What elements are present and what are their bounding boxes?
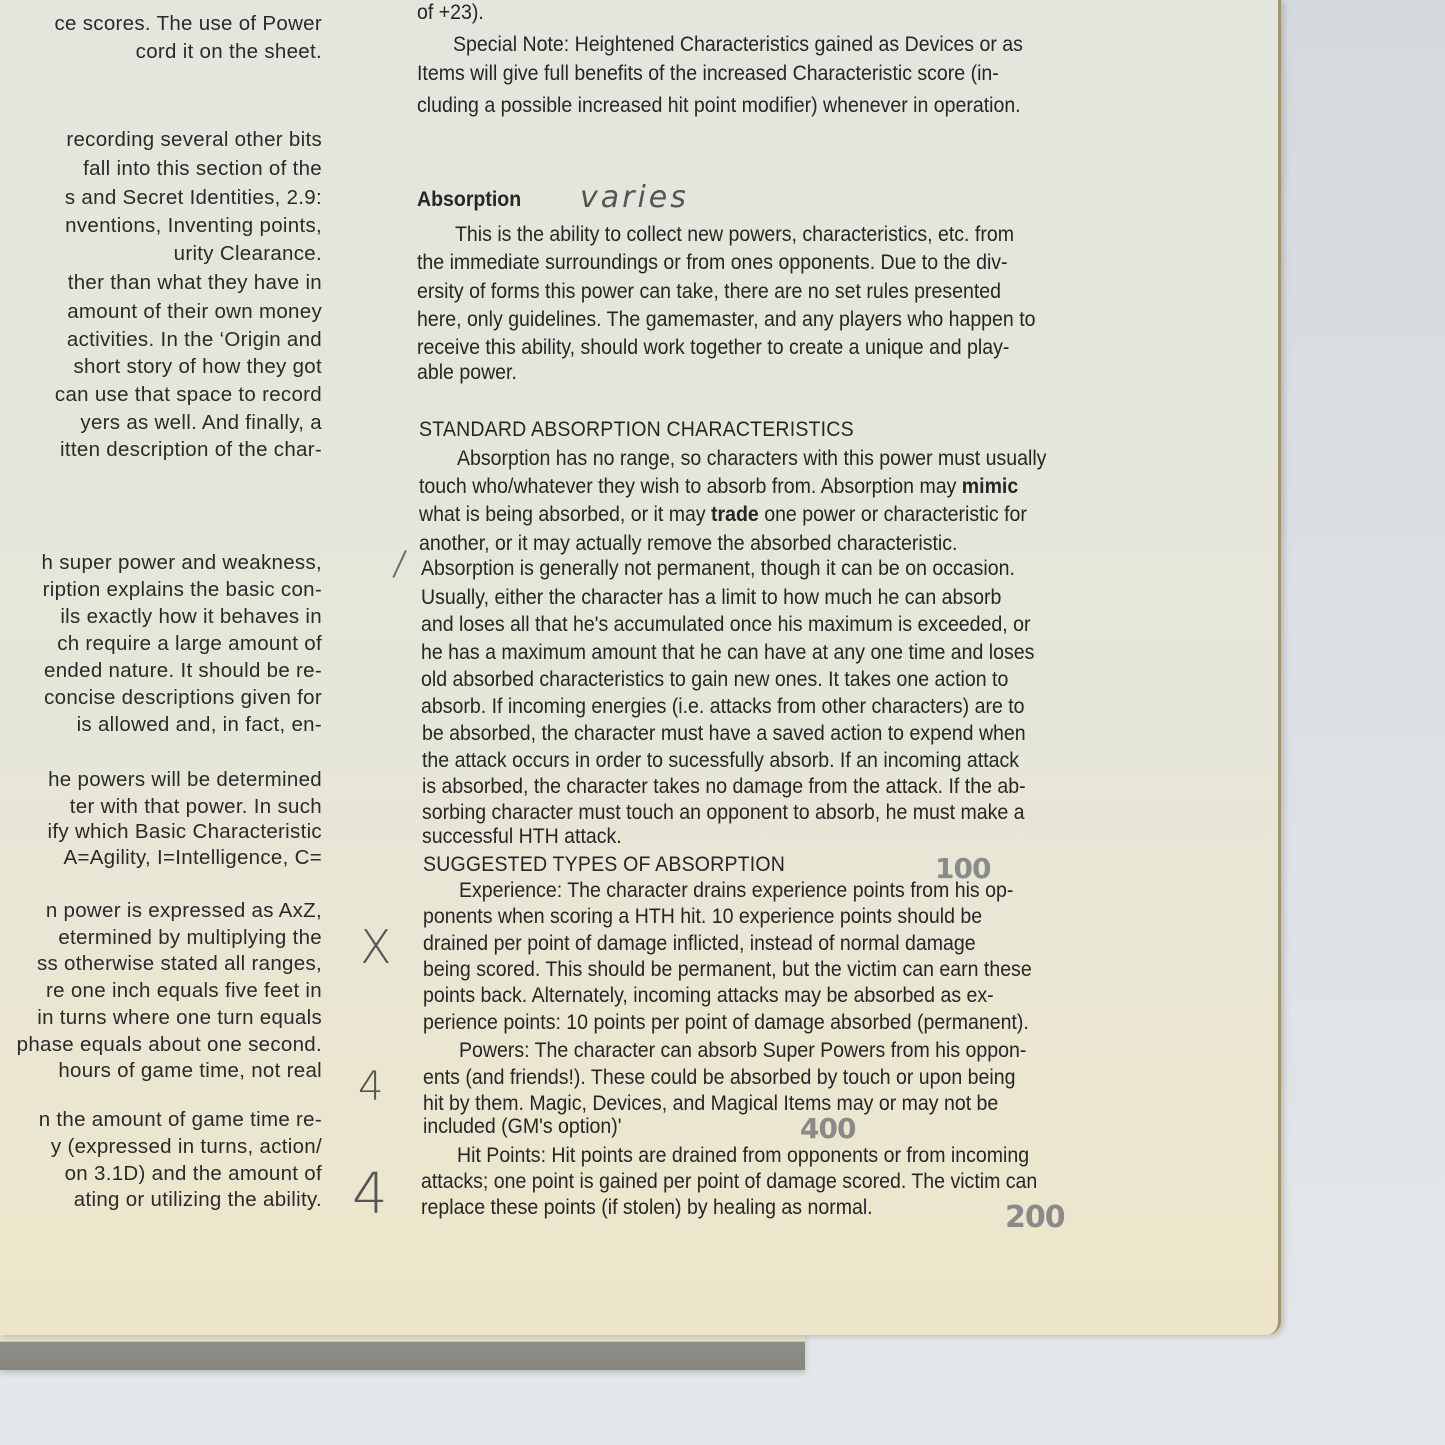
text-line: activities. In the ‘Origin and: [67, 328, 322, 352]
subheading-suggested-types: SUGGESTED TYPES OF ABSORPTION: [423, 853, 785, 877]
text-line: perience points: 10 points per point of …: [423, 1011, 1029, 1035]
text-line: hours of game time, not real: [58, 1059, 322, 1083]
text-line: can use that space to record: [55, 383, 322, 407]
text-line: and loses all that he's accumulated once…: [421, 613, 1030, 637]
text-line: ended nature. It should be re-: [44, 659, 322, 683]
text-line: s and Secret Identities, 2.9:: [65, 186, 322, 210]
text-line: fall into this section of the: [83, 157, 322, 181]
text-line: ils exactly how it behaves in: [60, 605, 322, 629]
text-line: ription explains the basic con-: [43, 578, 322, 602]
text-line: absorb. If incoming energies (i.e. attac…: [421, 695, 1025, 719]
handwritten-experience-cost: 100: [935, 852, 990, 885]
text-line: itten description of the char-: [60, 438, 322, 462]
emphasis-mimic: mimic: [962, 475, 1018, 498]
text-line: being scored. This should be permanent, …: [423, 958, 1032, 982]
text-line: able power.: [417, 361, 517, 385]
handwritten-varies: varies: [580, 180, 689, 215]
text-line: the attack occurs in order to sucessfull…: [422, 749, 1019, 773]
text-line: included (GM's option)': [423, 1115, 622, 1139]
pen-tick-mark: [392, 550, 406, 578]
text-span: what is being absorbed, or it may: [419, 503, 711, 526]
section-heading-absorption: Absorption: [417, 188, 521, 212]
text-line: here, only guidelines. The gamemaster, a…: [417, 308, 1035, 332]
text-line: points back. Alternately, incoming attac…: [423, 984, 994, 1008]
text-line: touch who/whatever they wish to absorb f…: [419, 475, 1018, 499]
text-line: hit by them. Magic, Devices, and Magical…: [423, 1092, 998, 1116]
text-line: ersity of forms this power can take, the…: [417, 280, 1001, 304]
text-line: Absorption has no range, so characters w…: [457, 447, 1046, 471]
text-line: successful HTH attack.: [422, 825, 622, 849]
text-line: ating or utilizing the ability.: [74, 1188, 322, 1212]
text-line: is absorbed, the character takes no dama…: [422, 775, 1026, 799]
text-line: be absorbed, the character must have a s…: [422, 722, 1026, 746]
text-line: ss otherwise stated all ranges,: [37, 952, 322, 976]
text-line: ter with that power. In such: [70, 795, 322, 819]
text-line: ther than what they have in: [68, 271, 322, 295]
text-span: one power or characteristic for: [759, 503, 1027, 526]
text-line: Special Note: Heightened Characteristics…: [453, 33, 1023, 57]
text-line: etermined by multiplying the: [58, 926, 322, 950]
text-line: y (expressed in turns, action/: [51, 1135, 322, 1159]
text-line: re one inch equals five feet in: [46, 979, 322, 1003]
text-line: urity Clearance.: [174, 242, 322, 266]
text-line: ponents when scoring a HTH hit. 10 exper…: [423, 905, 982, 929]
text-line: short story of how they got: [73, 355, 322, 379]
text-line: ify which Basic Characteristic: [48, 820, 322, 844]
text-line: Hit Points: Hit points are drained from …: [457, 1144, 1029, 1168]
text-line: he has a maximum amount that he can have…: [421, 641, 1034, 665]
text-line: he powers will be determined: [48, 768, 322, 792]
text-line: Absorption is generally not permanent, t…: [421, 557, 1015, 581]
text-line: in turns where one turn equals: [37, 1006, 322, 1030]
text-line: yers as well. And finally, a: [80, 411, 322, 435]
text-line: attacks; one point is gained per point o…: [421, 1170, 1037, 1194]
text-line: nventions, Inventing points,: [65, 214, 322, 238]
text-line: another, or it may actually remove the a…: [419, 532, 957, 556]
text-line: ents (and friends!). These could be abso…: [423, 1066, 1015, 1090]
text-line: amount of their own money: [67, 300, 322, 324]
text-line: n power is expressed as AxZ,: [46, 899, 322, 923]
text-line: what is being absorbed, or it may trade …: [419, 503, 1027, 527]
text-line: recording several other bits: [66, 128, 322, 152]
text-line: Powers: The character can absorb Super P…: [459, 1039, 1026, 1063]
text-line: replace these points (if stolen) by heal…: [421, 1196, 873, 1220]
text-line: Experience: The character drains experie…: [459, 879, 1013, 903]
book-page: ce scores. The use of Power cord it on t…: [0, 0, 1281, 1335]
text-line: drained per point of damage inflicted, i…: [423, 932, 976, 956]
text-line: on 3.1D) and the amount of: [65, 1162, 322, 1186]
handwritten-hitpoints-cost: 200: [1005, 1200, 1065, 1235]
text-line: cluding a possible increased hit point m…: [417, 94, 1021, 118]
text-line: This is the ability to collect new power…: [455, 223, 1014, 247]
text-line: sorbing character must touch an opponent…: [422, 801, 1025, 825]
text-line: ce scores. The use of Power: [54, 12, 322, 36]
text-line: phase equals about one second.: [17, 1033, 322, 1057]
text-span: touch who/whatever they wish to absorb f…: [419, 475, 962, 498]
text-line: A=Agility, I=Intelligence, C=: [64, 846, 322, 870]
handwritten-mark-experience: X: [360, 920, 392, 974]
text-line: Items will give full benefits of the inc…: [417, 62, 999, 86]
text-line: h super power and weakness,: [42, 551, 322, 575]
text-line: old absorbed characteristics to gain new…: [421, 668, 1008, 692]
text-line: the immediate surroundings or from ones …: [417, 251, 1008, 275]
handwritten-mark-hitpoints: 4: [352, 1162, 388, 1227]
handwritten-powers-cost: 400: [800, 1112, 855, 1145]
handwritten-mark-powers: 4: [358, 1064, 383, 1110]
text-line: is allowed and, in fact, en-: [77, 713, 322, 737]
text-line: ch require a large amount of: [57, 632, 322, 656]
text-line: cord it on the sheet.: [136, 40, 322, 64]
subheading-standard-characteristics: STANDARD ABSORPTION CHARACTERISTICS: [419, 418, 854, 442]
text-line: receive this ability, should work togeth…: [417, 336, 1009, 360]
emphasis-trade: trade: [711, 503, 759, 526]
text-line: Usually, either the character has a limi…: [421, 586, 1001, 610]
text-line: of +23).: [417, 1, 484, 25]
text-line: n the amount of game time re-: [39, 1108, 322, 1132]
text-line: concise descriptions given for: [44, 686, 322, 710]
